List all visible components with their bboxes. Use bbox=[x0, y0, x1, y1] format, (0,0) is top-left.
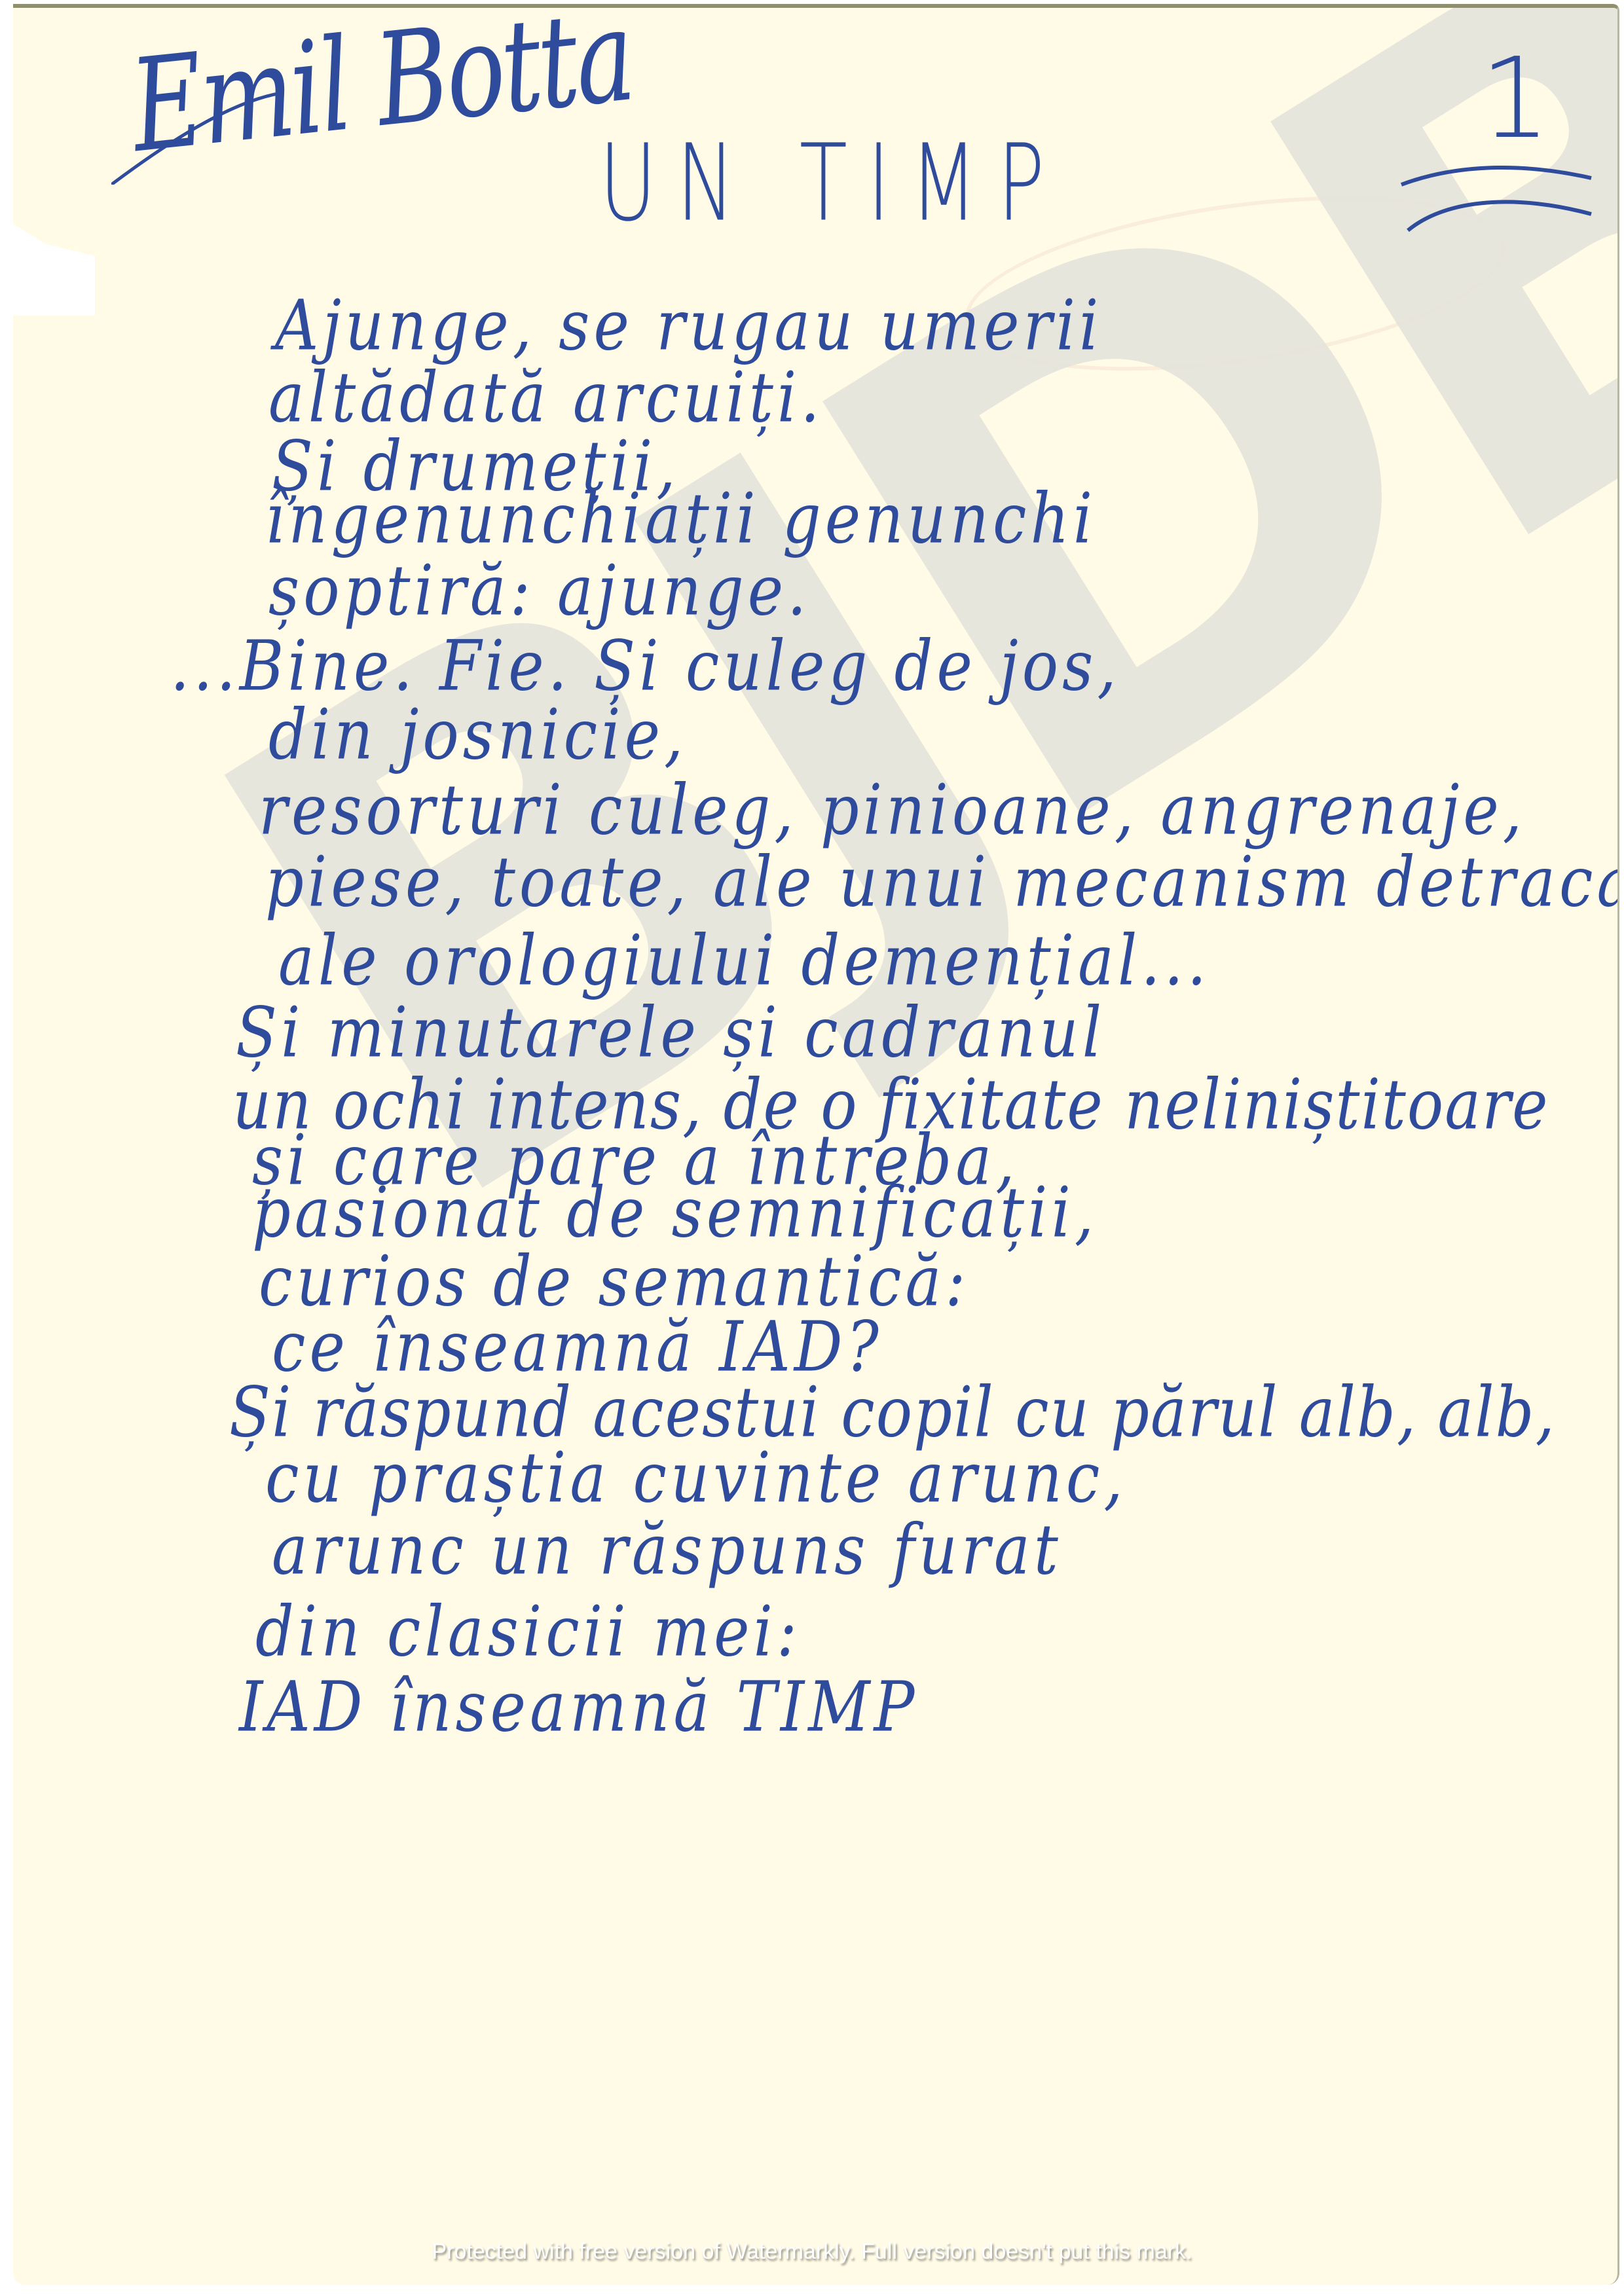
poem-line: din josnicie, bbox=[268, 695, 687, 775]
poem-line: șoptiră: ajunge. bbox=[268, 551, 810, 631]
poem-line: resorturi culeg, pinioane, angrenaje, bbox=[259, 770, 1526, 850]
poem-line: arunc un răspuns furat bbox=[272, 1510, 1062, 1590]
poem-line: îngenunchiații genunchi bbox=[265, 479, 1096, 559]
poem-line: Și minutarele și cadranul bbox=[236, 993, 1105, 1073]
watermarkly-notice: Protected with free version of Watermark… bbox=[0, 2239, 1624, 2265]
poem-line: piese, toate, ale unui mecanism detracat… bbox=[265, 842, 1619, 922]
poem-line: din clasicii mei: bbox=[255, 1592, 801, 1672]
page-number: 1 bbox=[1480, 34, 1555, 164]
page-number-double-underline-icon bbox=[1395, 158, 1604, 237]
poem-line: ale orologiului demențial... bbox=[278, 920, 1210, 1001]
poem-title: UN TIMP bbox=[599, 122, 1064, 246]
poem-line: cu praștia cuvinte arunc, bbox=[265, 1438, 1127, 1518]
manuscript-page: BJDB Emil Botta UN TIMP 1 Ajunge, se rug… bbox=[13, 4, 1619, 2285]
poem-line: Ajunge, se rugau umerii bbox=[275, 285, 1102, 366]
poem-line: IAD înseamnă TIMP bbox=[239, 1667, 918, 1747]
